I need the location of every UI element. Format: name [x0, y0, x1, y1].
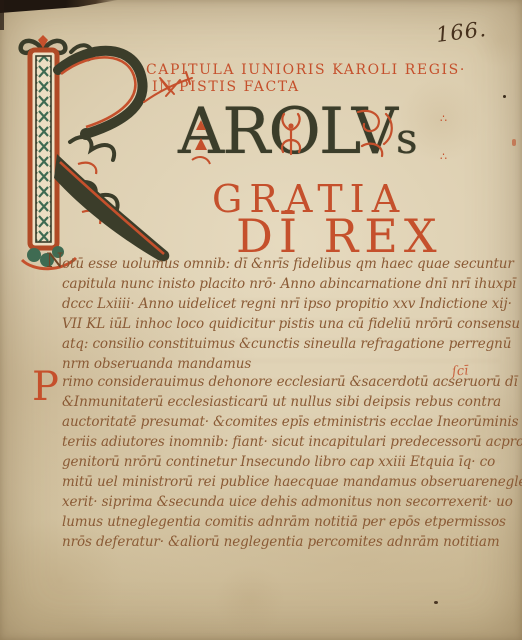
- ink-speck: [503, 95, 506, 98]
- manuscript-line: otū esse uolumus omnib: dī &nrīs fidelib…: [62, 254, 520, 274]
- manuscript-line: teriis adiutores inomnib: fiant· sicut i…: [62, 432, 522, 452]
- paragraph-initial-p: P: [32, 367, 59, 407]
- page-edge-shadow-left: [0, 0, 4, 30]
- display-title-small-s: s: [396, 114, 418, 163]
- page-edge-shadow: [0, 0, 118, 14]
- manuscript-line: VII KL iūL inhoc loco quidicitur pistis …: [62, 314, 520, 334]
- manuscript-line: capitula nunc inisto placito nrō· Anno a…: [62, 274, 520, 294]
- manuscript-line: nrōs deferatur· &aliorū neglegentia perc…: [62, 532, 522, 552]
- manuscript-line: &Inmunitaterū ecclesiasticarū ut nullus …: [62, 392, 522, 412]
- red-ink-mark: [512, 139, 516, 146]
- manuscript-page: 166. CAPITULA IUNIORIS KAROLI REGIS· IN …: [0, 0, 522, 640]
- folio-number: 166.: [435, 17, 488, 47]
- manuscript-line: genitorū nrōrū continetur Insecundo libr…: [62, 452, 522, 472]
- display-title-karolus: AROLVs: [178, 100, 418, 164]
- manuscript-line: atq: consilio constituimus &cunctis sine…: [62, 334, 520, 354]
- ink-speck: [434, 601, 438, 604]
- body-paragraph-1: N otū esse uolumus omnib: dī &nrīs fidel…: [62, 254, 520, 374]
- body-paragraph-2: P rimo considerauimus dehonore ecclesiar…: [62, 372, 522, 552]
- marginal-note: ſcī: [451, 363, 468, 379]
- paragraph-initial-n: N: [46, 250, 64, 270]
- dot-cluster-bottom: ∴: [440, 154, 448, 159]
- dot-cluster-top: ∴: [440, 116, 448, 121]
- manuscript-line: dccc Lxiiii· Anno uidelicet regni nrī ip…: [62, 294, 520, 314]
- manuscript-line: xerit· siprima &secunda uice dehis admon…: [62, 492, 522, 512]
- display-subtitle-di-rex: DĪ REX: [236, 213, 443, 259]
- paragraph-lines: rimo considerauimus dehonore ecclesiarū …: [62, 372, 522, 552]
- paragraph-lines: otū esse uolumus omnib: dī &nrīs fidelib…: [62, 254, 520, 374]
- illuminated-initial-k-drawing: [16, 34, 178, 272]
- illuminated-initial-k: K: [16, 34, 178, 272]
- manuscript-line: mitū uel ministrorū rei publice haecquae…: [62, 472, 522, 492]
- rubric-title-line1: CAPITULA IUNIORIS KAROLI REGIS·: [146, 62, 466, 78]
- display-title-main: AROLV: [178, 95, 396, 169]
- manuscript-line: lumus utneglegentia comitis adnrām notit…: [62, 512, 522, 532]
- manuscript-line: auctoritatē presumat· &comites epīs etmi…: [62, 412, 522, 432]
